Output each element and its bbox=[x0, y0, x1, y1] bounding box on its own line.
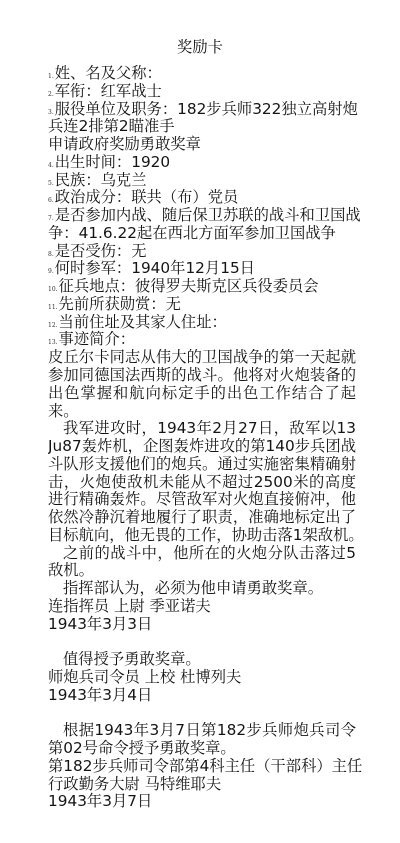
spacer bbox=[48, 634, 356, 652]
item-number: 8. bbox=[48, 251, 54, 258]
item-text: 先前所获勋赏：无 bbox=[59, 295, 181, 313]
item-text: 服役单位及职务：182步兵师322独立高射炮 bbox=[55, 100, 358, 118]
item-text: 当前住址及其家人住址： bbox=[59, 313, 227, 331]
item-number: 6. bbox=[48, 197, 54, 204]
signer-company-commander: 连指挥员 上尉 季亚诺夫 bbox=[48, 598, 356, 616]
summary-line: 出色掌握和航向标定手的出色工作结合了起 bbox=[48, 385, 356, 403]
document-title: 奖励卡 bbox=[0, 39, 400, 57]
item-text: 姓、名及父称： bbox=[55, 64, 162, 82]
signer-personnel-chief: 行政勤务大尉 马特维耶夫 bbox=[48, 776, 356, 794]
item-party: 6.政治成分：联共（布）党员 bbox=[48, 189, 356, 207]
item-nationality: 5.民族：乌克兰 bbox=[48, 172, 356, 190]
summary-line: 目标航向，他无畏的工作，协助击落1架敌机。 bbox=[48, 527, 356, 545]
endorsement-text: 值得授予勇敢奖章。 bbox=[48, 651, 356, 669]
award-card-body: 1.姓、名及父称： 2.军衔：红军战士 3.服役单位及职务：182步兵师322独… bbox=[48, 65, 356, 811]
summary-line: 敌机。 bbox=[48, 562, 356, 580]
item-rank: 2.军衔：红军战士 bbox=[48, 83, 356, 101]
order-text: 第02号命令授予勇敢奖章。 bbox=[48, 740, 356, 758]
item-number: 13. bbox=[48, 339, 58, 346]
summary-line: 来。 bbox=[48, 403, 356, 421]
item-number: 7. bbox=[48, 215, 54, 222]
item-number: 10. bbox=[48, 286, 58, 293]
spacer bbox=[48, 705, 356, 723]
item-war-participation: 7.是否参加内战、随后保卫苏联的战斗和卫国战 bbox=[48, 207, 356, 225]
item-number: 9. bbox=[48, 268, 54, 275]
summary-line: 之前的战斗中，他所在的火炮分队击落过5架 bbox=[48, 545, 356, 563]
item-text: 政治成分：联共（布）党员 bbox=[55, 188, 239, 206]
summary-line: 皮丘尔卡同志从伟大的卫国战争的第一天起就 bbox=[48, 349, 356, 367]
item-number: 3. bbox=[48, 109, 54, 116]
endorsement-date: 1943年3月4日 bbox=[48, 687, 356, 705]
item-birth-year: 4.出生时间：1920 bbox=[48, 154, 356, 172]
item-previous-awards: 11.先前所获勋赏：无 bbox=[48, 296, 356, 314]
item-number: 12. bbox=[48, 322, 58, 329]
signer-artillery-commander: 师炮兵司令员 上校 杜博列夫 bbox=[48, 669, 356, 687]
summary-line: 依然冷静沉着地履行了职责，准确地标定出了 bbox=[48, 509, 356, 527]
summary-line: 斗队形支援他们的炮兵。通过实施密集精确射 bbox=[48, 456, 356, 474]
item-number: 11. bbox=[48, 304, 58, 311]
item-text: 兵连2排第2瞄准手 bbox=[48, 117, 175, 135]
signer-personnel-chief: 第182步兵师司令部第4科主任（干部科）主任 bbox=[48, 758, 356, 776]
item-conscription-place: 10.征兵地点：彼得罗夫斯克区兵役委员会 bbox=[48, 278, 356, 296]
item-text: 申请政府奖励勇敢奖章 bbox=[48, 135, 201, 153]
summary-line: 进行精确轰炸。尽管敌军对火炮直接俯冲，他 bbox=[48, 491, 356, 509]
item-war-participation-cont: 争：41.6.22起在西北方面军参加卫国战争 bbox=[48, 225, 356, 243]
signature-date: 1943年3月3日 bbox=[48, 616, 356, 634]
summary-line: 参加同德国法西斯的战斗。他将对火炮装备的 bbox=[48, 367, 356, 385]
item-text: 何时参军：1940年12月15日 bbox=[55, 259, 255, 277]
summary-line: 击，火炮使敌机未能从不超过2500米的高度上 bbox=[48, 474, 356, 492]
item-text: 争：41.6.22起在西北方面军参加卫国战争 bbox=[48, 224, 336, 242]
item-number: 1. bbox=[48, 73, 54, 80]
item-text: 征兵地点：彼得罗夫斯克区兵役委员会 bbox=[59, 277, 319, 295]
item-text: 是否参加内战、随后保卫苏联的战斗和卫国战 bbox=[55, 206, 361, 224]
item-enlisted: 9.何时参军：1940年12月15日 bbox=[48, 260, 356, 278]
item-text: 军衔：红军战士 bbox=[55, 82, 162, 100]
order-date: 1943年3月7日 bbox=[48, 793, 356, 811]
item-wounded: 8.是否受伤：无 bbox=[48, 243, 356, 261]
summary-line: 我军进攻时，1943年2月27日，敌军以13架 bbox=[48, 420, 356, 438]
item-number: 5. bbox=[48, 180, 54, 187]
summary-line: 指挥部认为，必须为他申请勇敢奖章。 bbox=[48, 580, 356, 598]
item-address: 12.当前住址及其家人住址： bbox=[48, 314, 356, 332]
item-text: 民族：乌克兰 bbox=[55, 171, 147, 189]
item-unit-cont: 兵连2排第2瞄准手 bbox=[48, 118, 356, 136]
item-name: 1.姓、名及父称： bbox=[48, 65, 356, 83]
item-unit: 3.服役单位及职务：182步兵师322独立高射炮 bbox=[48, 101, 356, 119]
item-number: 2. bbox=[48, 91, 54, 98]
order-text: 根据1943年3月7日第182步兵师炮兵司令员 bbox=[48, 722, 356, 740]
item-award-request: 申请政府奖励勇敢奖章 bbox=[48, 136, 356, 154]
item-text: 是否受伤：无 bbox=[55, 242, 147, 260]
item-text: 出生时间：1920 bbox=[55, 153, 170, 171]
item-summary-heading: 13.事迹简介： bbox=[48, 331, 356, 349]
item-number: 4. bbox=[48, 162, 54, 169]
summary-line: Ju87轰炸机，企图轰炸进攻的第140步兵团战 bbox=[48, 438, 356, 456]
item-text: 事迹简介： bbox=[59, 330, 136, 348]
